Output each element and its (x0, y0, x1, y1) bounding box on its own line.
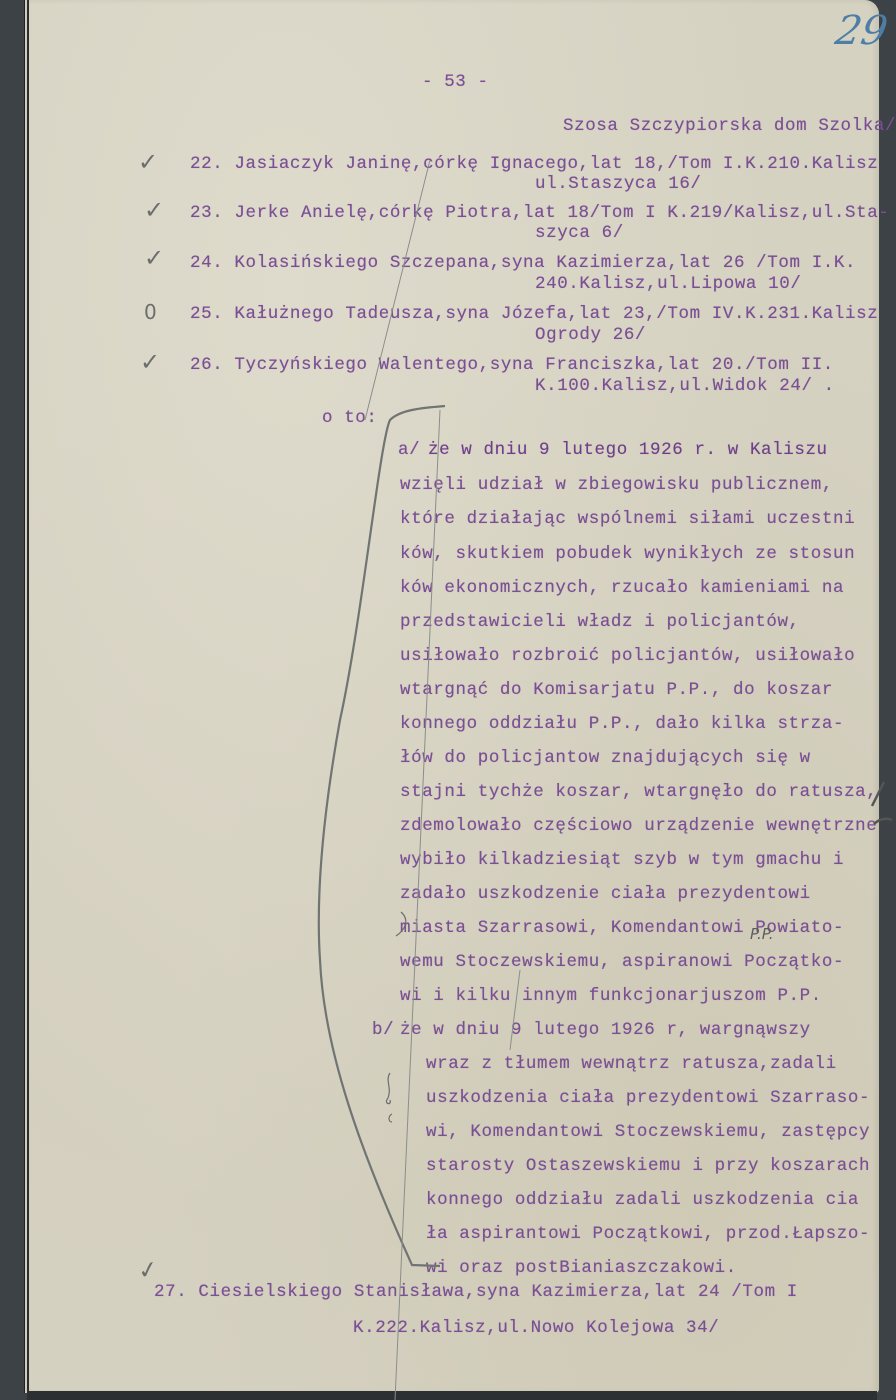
charge-a-line: stajni tychże koszar, wtargnęło do ratus… (400, 784, 877, 802)
checkmark-icon: ✓ (136, 1256, 160, 1283)
page-number: - 53 - (422, 74, 489, 92)
charge-a-line: usiłowało rozbroić policjantów, usiłował… (400, 648, 855, 666)
charge-a-line: które działając wspólnemi siłami uczestn… (400, 511, 855, 529)
charge-a-line: zadało uszkodzenie ciała prezydentowi (400, 886, 811, 904)
charge-a-line: ków ekonomicznych, rzucało kamieniami na (400, 580, 844, 598)
checkmark-icon: ✓ (140, 350, 160, 374)
folio-number: 29 (832, 8, 891, 54)
charge-a-line: łów do policjantow znajdujących się w (400, 750, 811, 768)
charge-b-label: b/ (372, 1022, 394, 1040)
entry-24-line1: 24. Kolasińskiego Szczepana,syna Kazimie… (190, 255, 856, 273)
charge-b-line: wi oraz postBianiaszczakowi. (426, 1260, 737, 1278)
charge-a-line: wemu Stoczewskiemu, aspiranowi Początko- (400, 954, 844, 972)
charge-b-line: że w dniu 9 lutego 1926 r, wargnąwszy (400, 1022, 811, 1040)
entry-27-line2: K.222.Kalisz,ul.Nowo Kolejowa 34/ (353, 1320, 719, 1338)
scan-background (27, 1391, 877, 1400)
checkmark-icon: ✓ (144, 246, 164, 270)
checkmark-icon: ✓ (144, 198, 164, 222)
handwritten-insert-pp: P.P. (750, 927, 774, 942)
charge-a-line: zdemolowało częściowo urządzenie wewnętr… (400, 818, 877, 836)
entry-25-line2: Ogrody 26/ (535, 327, 646, 345)
charge-b-line: wi, Komendantowi Stoczewskiemu, zastępcy (426, 1124, 870, 1142)
entry-25-line1: 25. Kałużnego Tadeusza,syna Józefa,lat 2… (190, 306, 878, 324)
entry-22-line2: ul.Staszyca 16/ (535, 176, 702, 194)
checkmark-icon: ✓ (138, 150, 158, 174)
entry-23-line1: 23. Jerke Anielę,córkę Piotra,lat 18/Tom… (190, 205, 889, 223)
charge-b-line: starosty Ostaszewskiemu i przy koszarach (426, 1158, 870, 1176)
entry-26-line1: 26. Tyczyńskiego Walentego,syna Francisz… (190, 357, 834, 375)
entry-24-line2: 240.Kalisz,ul.Lipowa 10/ (535, 276, 801, 294)
charge-a-line: wybiło kilkadziesiąt szyb w tym gmachu i (400, 852, 844, 870)
entry-27-line1: 27. Ciesielskiego Stanisława,syna Kazimi… (154, 1284, 798, 1302)
charge-a-line: konnego oddziału P.P., dało kilka strza- (400, 716, 844, 734)
charge-b-line: uszkodzenia ciała prezydentowi Szarraso- (426, 1090, 870, 1108)
charge-b-line: konnego oddziału zadali uszkodzenia cia (426, 1192, 859, 1210)
circle-mark-icon: 0 (144, 302, 157, 322)
entry-23-line2: szyca 6/ (535, 225, 624, 243)
charge-a-line: przedstawicieli władz i policjantów, (400, 614, 800, 632)
o-to-label: o to: (322, 410, 378, 428)
charge-a-line: że w dniu 9 lutego 1926 r. w Kaliszu (428, 442, 828, 460)
charge-a-label: a/ (398, 442, 420, 460)
charge-a-line: miasta Szarrasowi, Komendantowi Powiato- (400, 920, 844, 938)
header-continuation: Szosa Szczypiorska dom Szolka/ (563, 118, 896, 136)
entry-22-line1: 22. Jasiaczyk Janinę,córkę Ignacego,lat … (190, 156, 878, 174)
charge-b-line: wraz z tłumem wewnątrz ratusza,zadali (426, 1056, 837, 1074)
charge-b-line: ła aspirantowi Początkowi, przod.Łapszo- (426, 1226, 870, 1244)
charge-a-line: wi i kilku innym funkcjonarjuszom P.P. (400, 988, 822, 1006)
charge-a-line: wzięli udział w zbiegowisku publicznem, (400, 477, 833, 495)
charge-a-line: ków, skutkiem pobudek wynikłych ze stosu… (400, 546, 855, 564)
entry-26-line2: K.100.Kalisz,ul.Widok 24/ . (535, 378, 835, 396)
charge-a-line: wtargnąć do Komisarjatu P.P., do koszar (400, 682, 833, 700)
